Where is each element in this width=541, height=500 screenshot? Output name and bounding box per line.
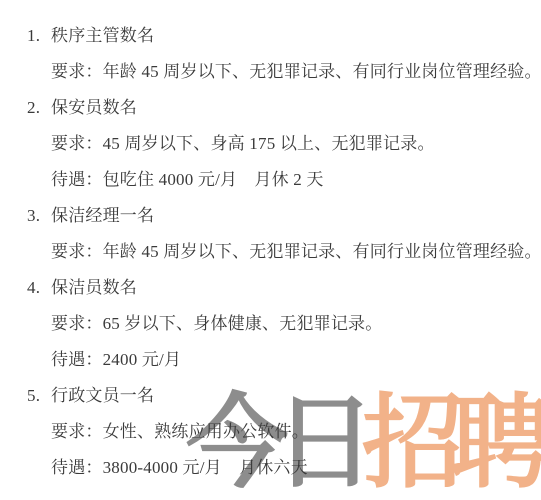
job-title: 保安员数名 — [51, 98, 137, 117]
job-title: 行政文员一名 — [51, 386, 154, 405]
job-requirement-line: 要求：65 岁以下、身体健康、无犯罪记录。 — [0, 313, 541, 334]
job-title: 保洁员数名 — [51, 278, 137, 297]
job-number: 3. — [27, 205, 51, 226]
job-item-line: 5.行政文员一名 — [0, 385, 541, 406]
job-number: 2. — [27, 97, 51, 118]
job-salary-line: 待遇：2400 元/月 — [0, 349, 541, 370]
job-item-line: 3.保洁经理一名 — [0, 205, 541, 226]
job-title: 保洁经理一名 — [51, 206, 154, 225]
job-number: 1. — [27, 25, 51, 46]
job-requirement-line: 要求：年龄 45 周岁以下、无犯罪记录、有同行业岗位管理经验。 — [0, 61, 541, 82]
job-number: 4. — [27, 277, 51, 298]
job-title: 秩序主管数名 — [51, 26, 154, 45]
document-page: 今日招聘 1.秩序主管数名 要求：年龄 45 周岁以下、无犯罪记录、有同行业岗位… — [0, 0, 541, 500]
job-item-line: 4.保洁员数名 — [0, 277, 541, 298]
job-salary-line: 待遇：3800-4000 元/月 月休六天 — [0, 457, 541, 478]
job-requirement-line: 要求：年龄 45 周岁以下、无犯罪记录、有同行业岗位管理经验。 — [0, 241, 541, 262]
job-salary-line: 待遇：包吃住 4000 元/月 月休 2 天 — [0, 169, 541, 190]
job-item-line: 2.保安员数名 — [0, 97, 541, 118]
job-number: 5. — [27, 385, 51, 406]
job-item-line: 1.秩序主管数名 — [0, 25, 541, 46]
job-requirement-line: 要求：45 周岁以下、身高 175 以上、无犯罪记录。 — [0, 133, 541, 154]
job-list: 1.秩序主管数名 要求：年龄 45 周岁以下、无犯罪记录、有同行业岗位管理经验。… — [0, 0, 541, 493]
job-requirement-line: 要求：女性、熟练应用办公软件。 — [0, 421, 541, 442]
